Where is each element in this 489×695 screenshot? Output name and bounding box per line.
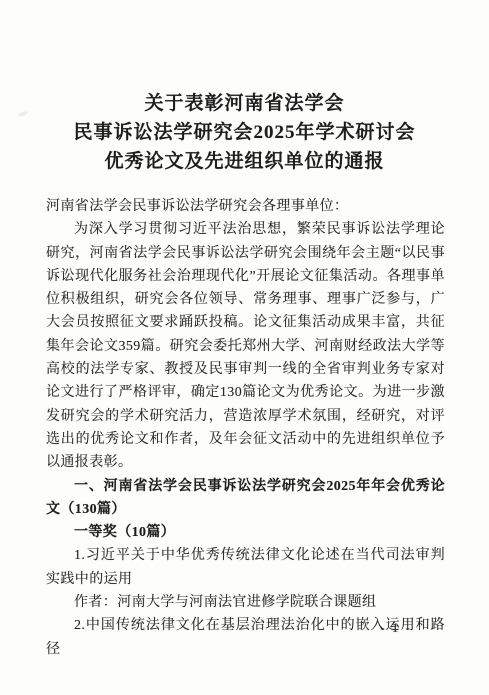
section-heading: 一、河南省法学会民事诉讼法学研究会2025年年会优秀论文（130篇） <box>46 475 445 522</box>
title-line-1: 关于表彰河南省法学会 <box>0 89 489 118</box>
document-page: 关于表彰河南省法学会 民事诉讼法学研究会2025年学术研讨会 优秀论文及先进组织… <box>0 0 489 695</box>
paper-entry-title: 1.习近平关于中华优秀传统法律文化论述在当代司法审判实践中的运用 <box>46 544 445 591</box>
document-title: 关于表彰河南省法学会 民事诉讼法学研究会2025年学术研讨会 优秀论文及先进组织… <box>0 0 489 176</box>
title-line-2: 民事诉讼法学研究会2025年学术研讨会 <box>0 118 489 147</box>
salutation: 河南省法学会民事诉讼法学研究会各理事单位： <box>46 195 445 218</box>
award-tier-heading: 一等奖（10篇） <box>46 521 445 544</box>
paper-entry-author: 作者：河南大学与河南法官进修学院联合课题组 <box>46 591 445 614</box>
page-number: - 1 - <box>380 620 412 636</box>
title-line-3: 优秀论文及先进组织单位的通报 <box>0 147 489 176</box>
document-body: 河南省法学会民事诉讼法学研究会各理事单位： 为深入学习贯彻习近平法治思想，繁荣民… <box>46 195 445 661</box>
intro-paragraph: 为深入学习贯彻习近平法治思想，繁荣民事诉讼法学理论研究，河南省法学会民事诉讼法学… <box>46 218 445 474</box>
